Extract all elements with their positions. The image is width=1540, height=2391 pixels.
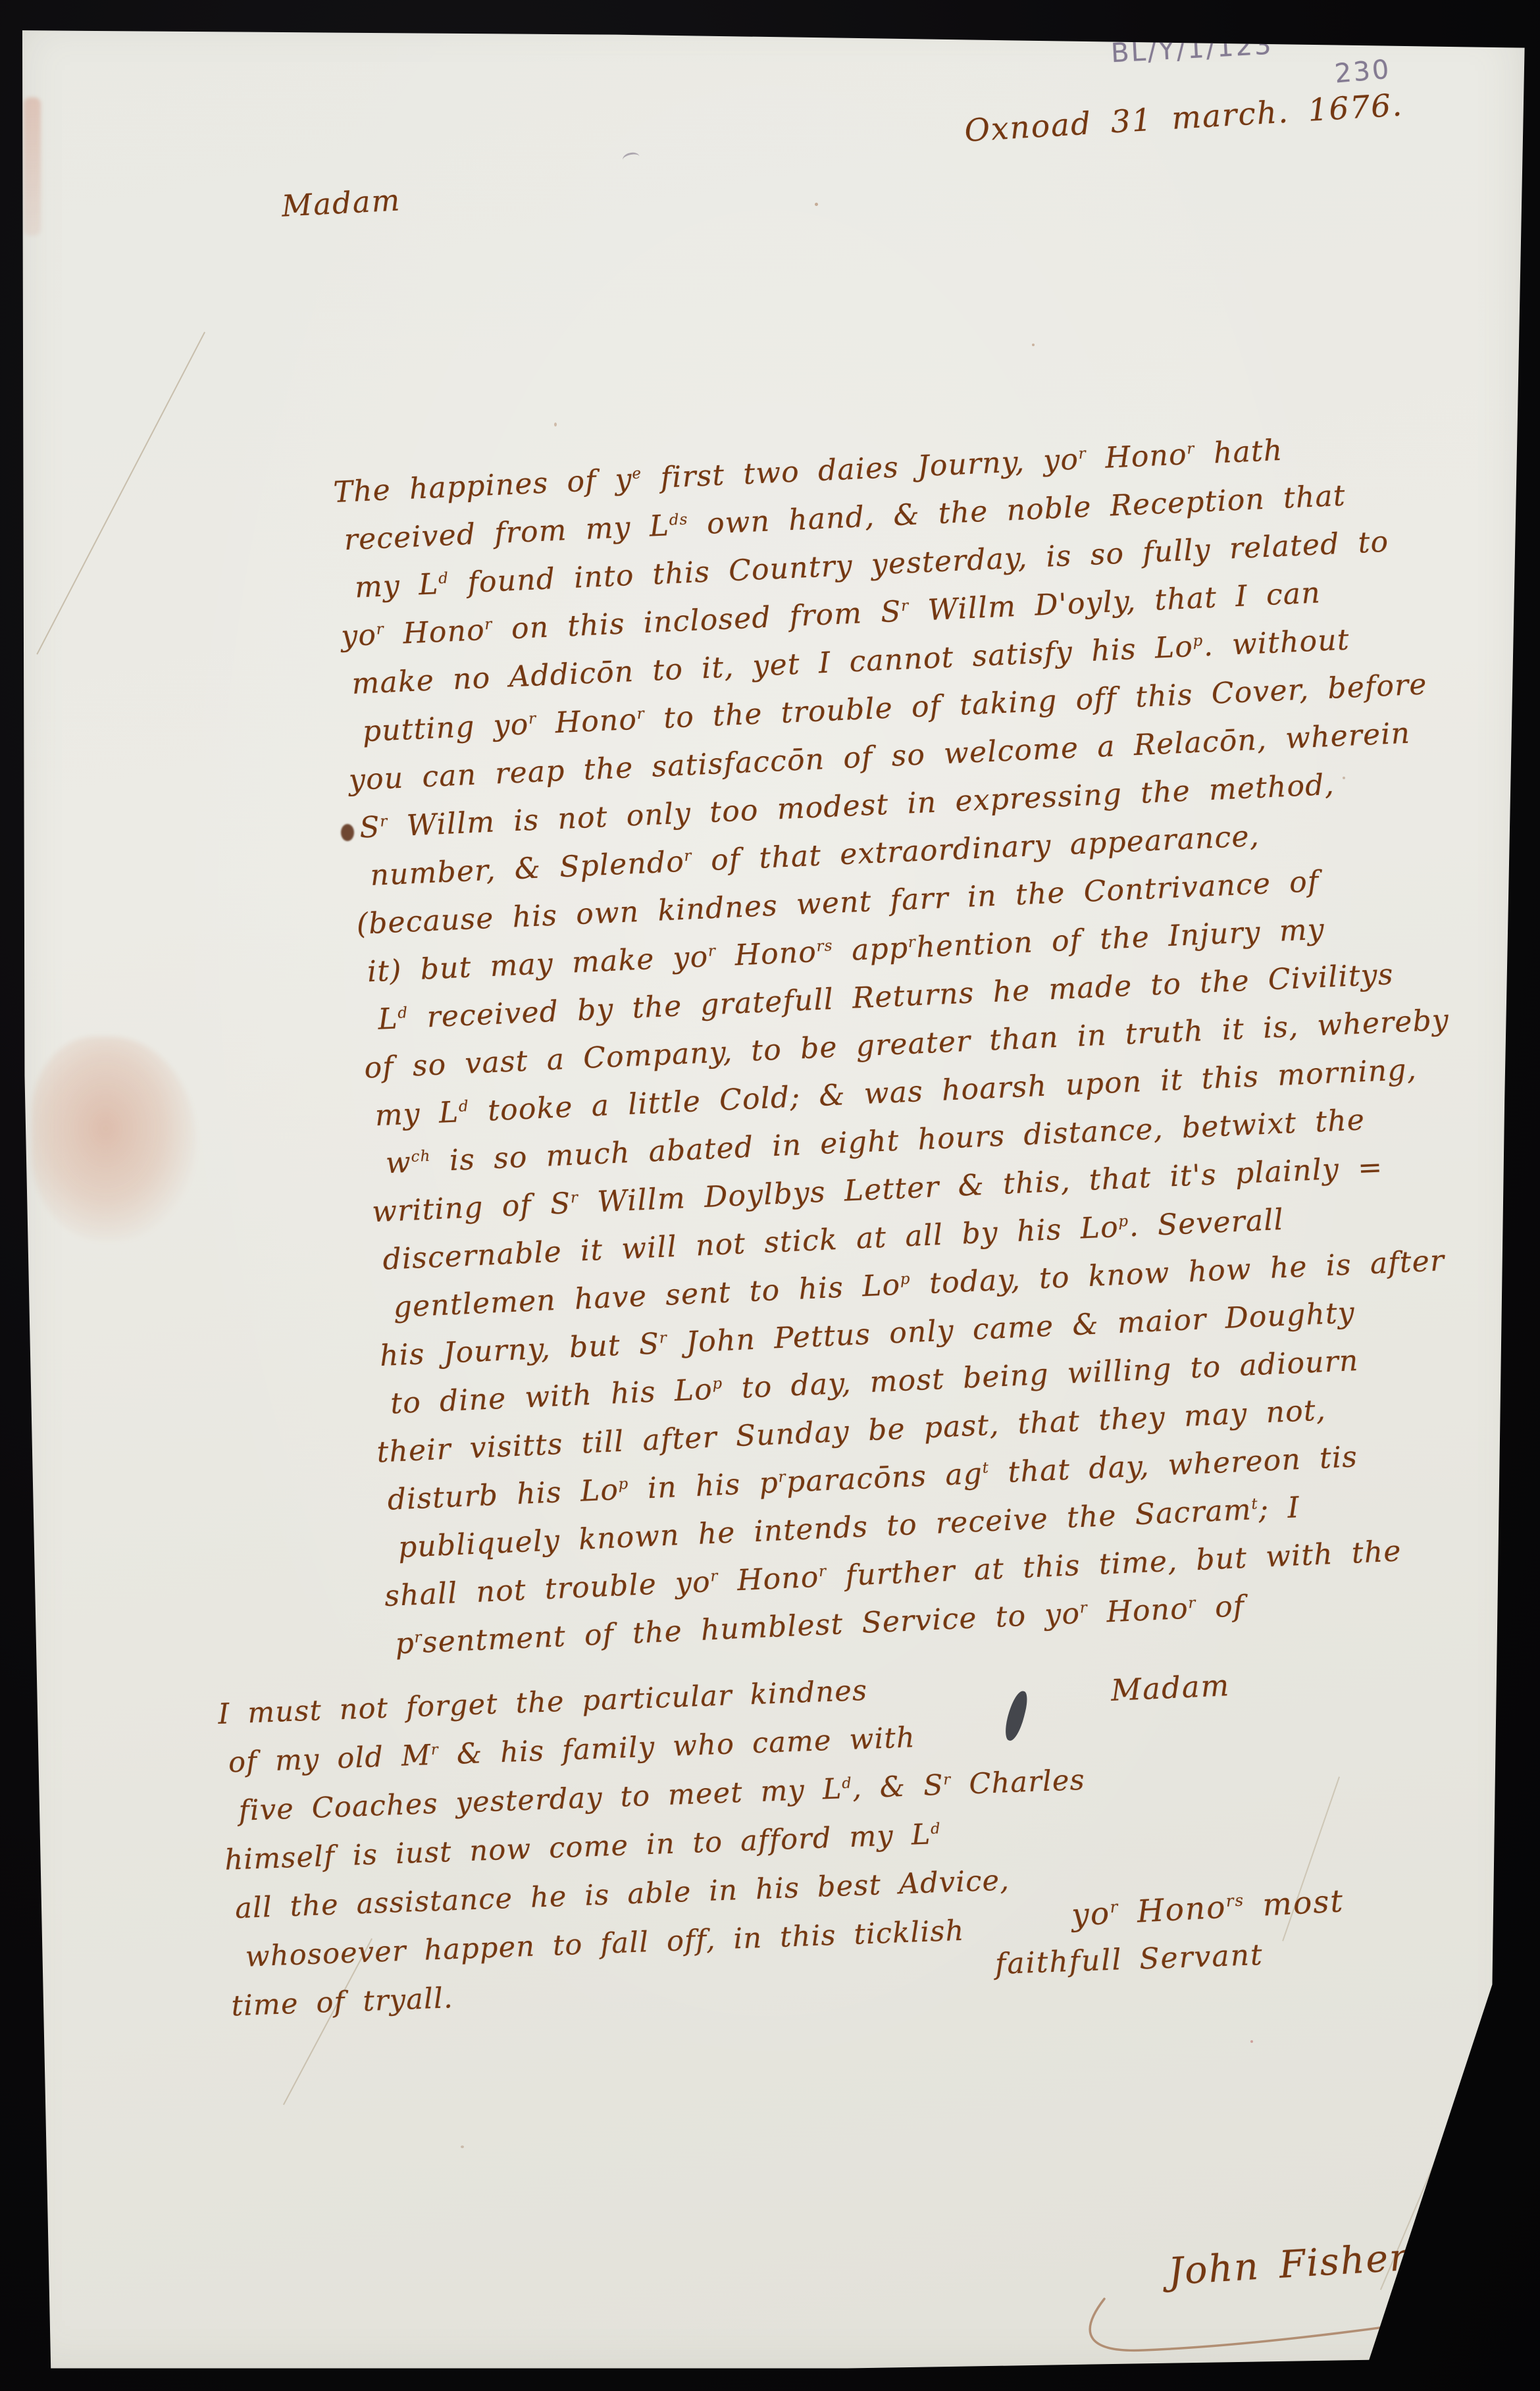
seal-offset-stain (32, 1037, 196, 1241)
paper-crease (36, 332, 205, 655)
pencil-squiggle (622, 151, 641, 165)
manuscript-photo: BL/Y/1/123 230 Oxnoad 31 march. 1676. Ma… (0, 0, 1540, 2391)
salutation: Madam (281, 182, 402, 223)
signature: John Fisher (1167, 2236, 1410, 2294)
signature-flourish (1065, 2274, 1486, 2373)
letter-paper-sheet: BL/Y/1/123 230 Oxnoad 31 march. 1676. Ma… (0, 0, 1540, 2391)
left-edge-stain (24, 97, 41, 236)
paper-speck (1250, 2040, 1253, 2043)
folio-page-number: 230 (1333, 54, 1392, 89)
closing-address: Madam (1110, 1668, 1231, 1708)
letter-postscript: I must not forget the particular kindnes… (217, 1658, 1111, 2031)
archive-reference-number: BL/Y/1/123 (1110, 30, 1273, 69)
letter-body: The happines of ye first two daies Journ… (332, 416, 1540, 1668)
paper-speck (1032, 344, 1035, 346)
paper-speck (461, 2146, 464, 2148)
dateline: Oxnoad 31 march. 1676. (963, 87, 1404, 149)
paper-speck (815, 203, 818, 206)
paper-speck (554, 423, 557, 426)
closing-honorific: yor Honors most (1071, 1883, 1345, 1934)
